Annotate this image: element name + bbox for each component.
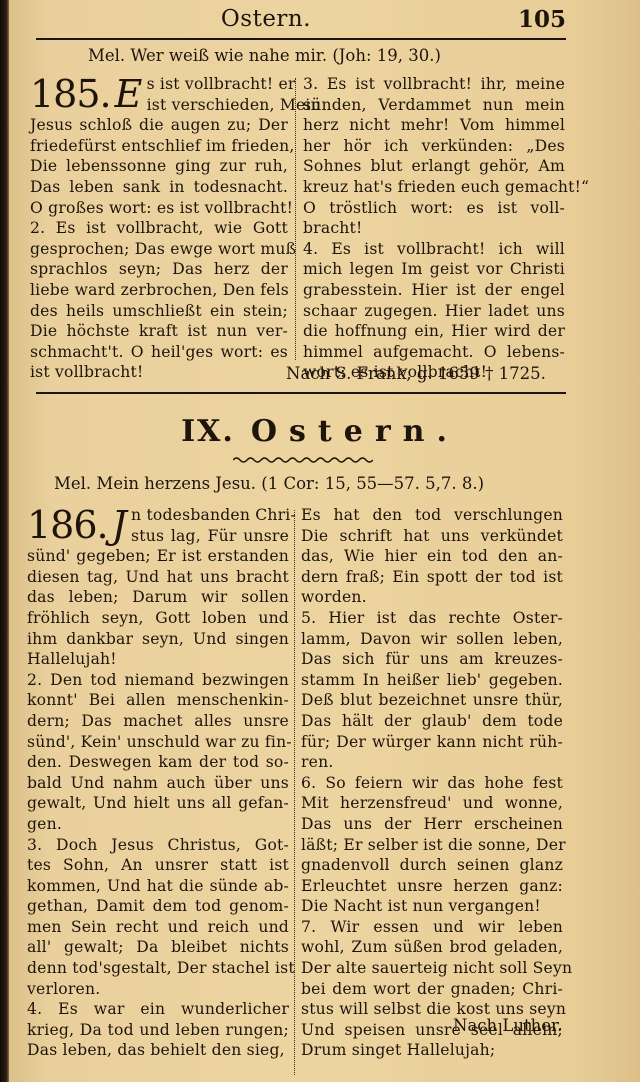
verse-line: Das hält der glaub' dem tode [301, 711, 563, 732]
verse-line: läßt; Er selber ist die sonne, Der [301, 835, 563, 856]
verse-line: himmel aufgemacht. O lebens- [303, 342, 565, 363]
verse-line: Das sich für uns am kreuzes- [301, 649, 563, 670]
hymn-185-attribution: Nach S. Frank, g. 1659 † 1725. [286, 364, 546, 383]
section-title: Ostern. [251, 414, 459, 449]
column-divider [295, 78, 296, 360]
verse-line: worden. [301, 587, 563, 608]
verse-line: men Sein recht und reich und [27, 917, 289, 938]
verse-line: her hör ich verkünden: „Des [303, 136, 565, 157]
verse-line: krieg, Da tod und leben rungen; [27, 1020, 289, 1041]
verse-line: Mit herzensfreud' und wonne, [301, 793, 563, 814]
verse-line: 7. Wir essen und wir leben [301, 917, 563, 938]
verse-line: fröhlich seyn, Gott loben und [27, 608, 289, 629]
verse-line: gethan, Damit dem tod genom- [27, 896, 289, 917]
verse-line: Hallelujah! [27, 649, 289, 670]
verse-line: Erleuchtet unsre herzen ganz: [301, 876, 563, 897]
header-rule [36, 38, 566, 40]
hymn-185-melody: Mel. Wer weiß wie nahe mir. (Joh: 19, 30… [88, 46, 441, 65]
verse-line: O tröstlich wort: es ist voll- [303, 198, 565, 219]
verse-line: Drum singet Hallelujah; [301, 1040, 563, 1061]
verse-line: 4. Es ist vollbracht! ich will [303, 239, 565, 260]
section-roman-numeral: IX. [181, 414, 235, 449]
running-title: Ostern. [36, 6, 496, 32]
hymn-186-number: 186. [27, 507, 108, 543]
verse-line: Das leben, das behielt den sieg, [27, 1040, 289, 1061]
verse-line: Jesus schloß die augen zu; Der [30, 115, 288, 136]
running-head: Ostern. 105 [36, 4, 566, 38]
verse-line: für; Der würger kann nicht rüh- [301, 732, 563, 753]
wavy-ornament [233, 455, 373, 465]
verse-line: Sohnes blut erlangt gehör, Am [303, 156, 565, 177]
binding-edge [0, 0, 9, 1082]
verse-line: gewalt, Und hielt uns all gefan- [27, 793, 289, 814]
verse-line: Die Nacht ist nun vergangen! [301, 896, 563, 917]
verse-line: verloren. [27, 979, 289, 1000]
verse-line: 2. Den tod niemand bezwingen [27, 670, 289, 691]
verse-line: schaar zugegen. Hier ladet uns [303, 301, 565, 322]
hymnal-page: Ostern. 105 Mel. Wer weiß wie nahe mir. … [0, 0, 640, 1082]
column-divider [294, 510, 295, 1075]
hymn-186-melody: Mel. Mein herzens Jesu. (1 Cor: 15, 55—5… [54, 474, 484, 493]
verse-line: sünd' gegeben; Er ist erstanden [27, 546, 289, 567]
verse-line: 2. Es ist vollbracht, wie Gott [30, 218, 288, 239]
verse-line: all' gewalt; Da bleibet nichts [27, 937, 289, 958]
verse-line: 3. Es ist vollbracht! ihr, meine [303, 74, 565, 95]
verse-line: gen. [27, 814, 289, 835]
verse-line: sprachlos seyn; Das herz der [30, 259, 288, 280]
verse-line: sünden, Verdammet nun mein [303, 95, 565, 116]
hymn-185-dropcap: E [115, 76, 143, 112]
verse-line: friedefürst entschlief im frieden, [30, 136, 288, 157]
verse-line: das, Wie hier ein tod den an- [301, 546, 563, 567]
verse-line: wohl, Zum süßen brod geladen, [301, 937, 563, 958]
hymn-186-attribution: Nach Luther. [453, 1016, 562, 1035]
verse-line: Das uns der Herr erscheinen [301, 814, 563, 835]
verse-line: tes Sohn, An unsrer statt ist [27, 855, 289, 876]
section-rule [36, 392, 566, 394]
verse-line: die hoffnung ein, Hier wird der [303, 321, 565, 342]
verse-line: ren. [301, 752, 563, 773]
verse-line: schmacht't. O heil'ges wort: es [30, 342, 288, 363]
verse-line: Die lebenssonne ging zur ruh, [30, 156, 288, 177]
verse-line: gesprochen; Das ewge wort muß [30, 239, 288, 260]
verse-line: kommen, Und hat die sünde ab- [27, 876, 289, 897]
verse-line: 3. Doch Jesus Christus, Got- [27, 835, 289, 856]
section-heading: IX.Ostern. [0, 414, 640, 449]
verse-line: den. Deswegen kam der tod so- [27, 752, 289, 773]
verse-line: 5. Hier ist das rechte Oster- [301, 608, 563, 629]
verse-line: Die höchste kraft ist nun ver- [30, 321, 288, 342]
verse-line: stamm In heißer lieb' gegeben. [301, 670, 563, 691]
page-number: 105 [518, 6, 566, 33]
hymn-185-right-column: 3. Es ist vollbracht! ihr, meinesünden, … [303, 74, 565, 383]
verse-line: herz nicht mehr! Vom himmel [303, 115, 565, 136]
verse-line: bracht! [303, 218, 565, 239]
verse-line: 4. Es war ein wunderlicher [27, 999, 289, 1020]
verse-line: sünd', Kein' unschuld war zu fin- [27, 732, 289, 753]
verse-line: des heils umschließt ein stein; [30, 301, 288, 322]
hymn-185-left-column: 185. E s ist vollbracht! erist verschied… [30, 74, 288, 383]
verse-line: bei dem wort der gnaden; Chri- [301, 979, 563, 1000]
verse-line: konnt' Bei allen menschenkin- [27, 690, 289, 711]
verse-line: Deß blut bezeichnet unsre thür, [301, 690, 563, 711]
verse-line: O großes wort: es ist vollbracht! [30, 198, 288, 219]
verse-line: diesen tag, Und hat uns bracht [27, 567, 289, 588]
verse-line: denn tod'sgestalt, Der stachel ist [27, 958, 289, 979]
verse-line: liebe ward zerbrochen, Den fels [30, 280, 288, 301]
verse-line: das leben; Darum wir sollen [27, 587, 289, 608]
hymn-185-number: 185. [30, 76, 111, 112]
hymn-186-left-column: 186. J n todesbanden Chri-stus lag, Für … [27, 505, 289, 1061]
verse-line: 6. So feiern wir das hohe fest [301, 773, 563, 794]
verse-line: dern fraß; Ein spott der tod ist [301, 567, 563, 588]
verse-line: lamm, Davon wir sollen leben, [301, 629, 563, 650]
verse-line: ist vollbracht! [30, 362, 288, 383]
verse-line: ihm dankbar seyn, Und singen [27, 629, 289, 650]
verse-line: gnadenvoll durch seinen glanz [301, 855, 563, 876]
hymn-186-right-column: Es hat den tod verschlungenDie schrift h… [301, 505, 563, 1061]
verse-line: Das leben sank in todesnacht. [30, 177, 288, 198]
verse-line: dern; Das machet alles unsre [27, 711, 289, 732]
verse-line: Der alte sauerteig nicht soll Seyn [301, 958, 563, 979]
verse-line: grabesstein. Hier ist der engel [303, 280, 565, 301]
verse-line: Es hat den tod verschlungen [301, 505, 563, 526]
verse-line: Die schrift hat uns verkündet [301, 526, 563, 547]
verse-line: kreuz hat's frieden euch gemacht!“ [303, 177, 565, 198]
hymn-186-dropcap: J [112, 507, 127, 543]
verse-line: bald Und nahm auch über uns [27, 773, 289, 794]
verse-line: mich legen Im geist vor Christi [303, 259, 565, 280]
